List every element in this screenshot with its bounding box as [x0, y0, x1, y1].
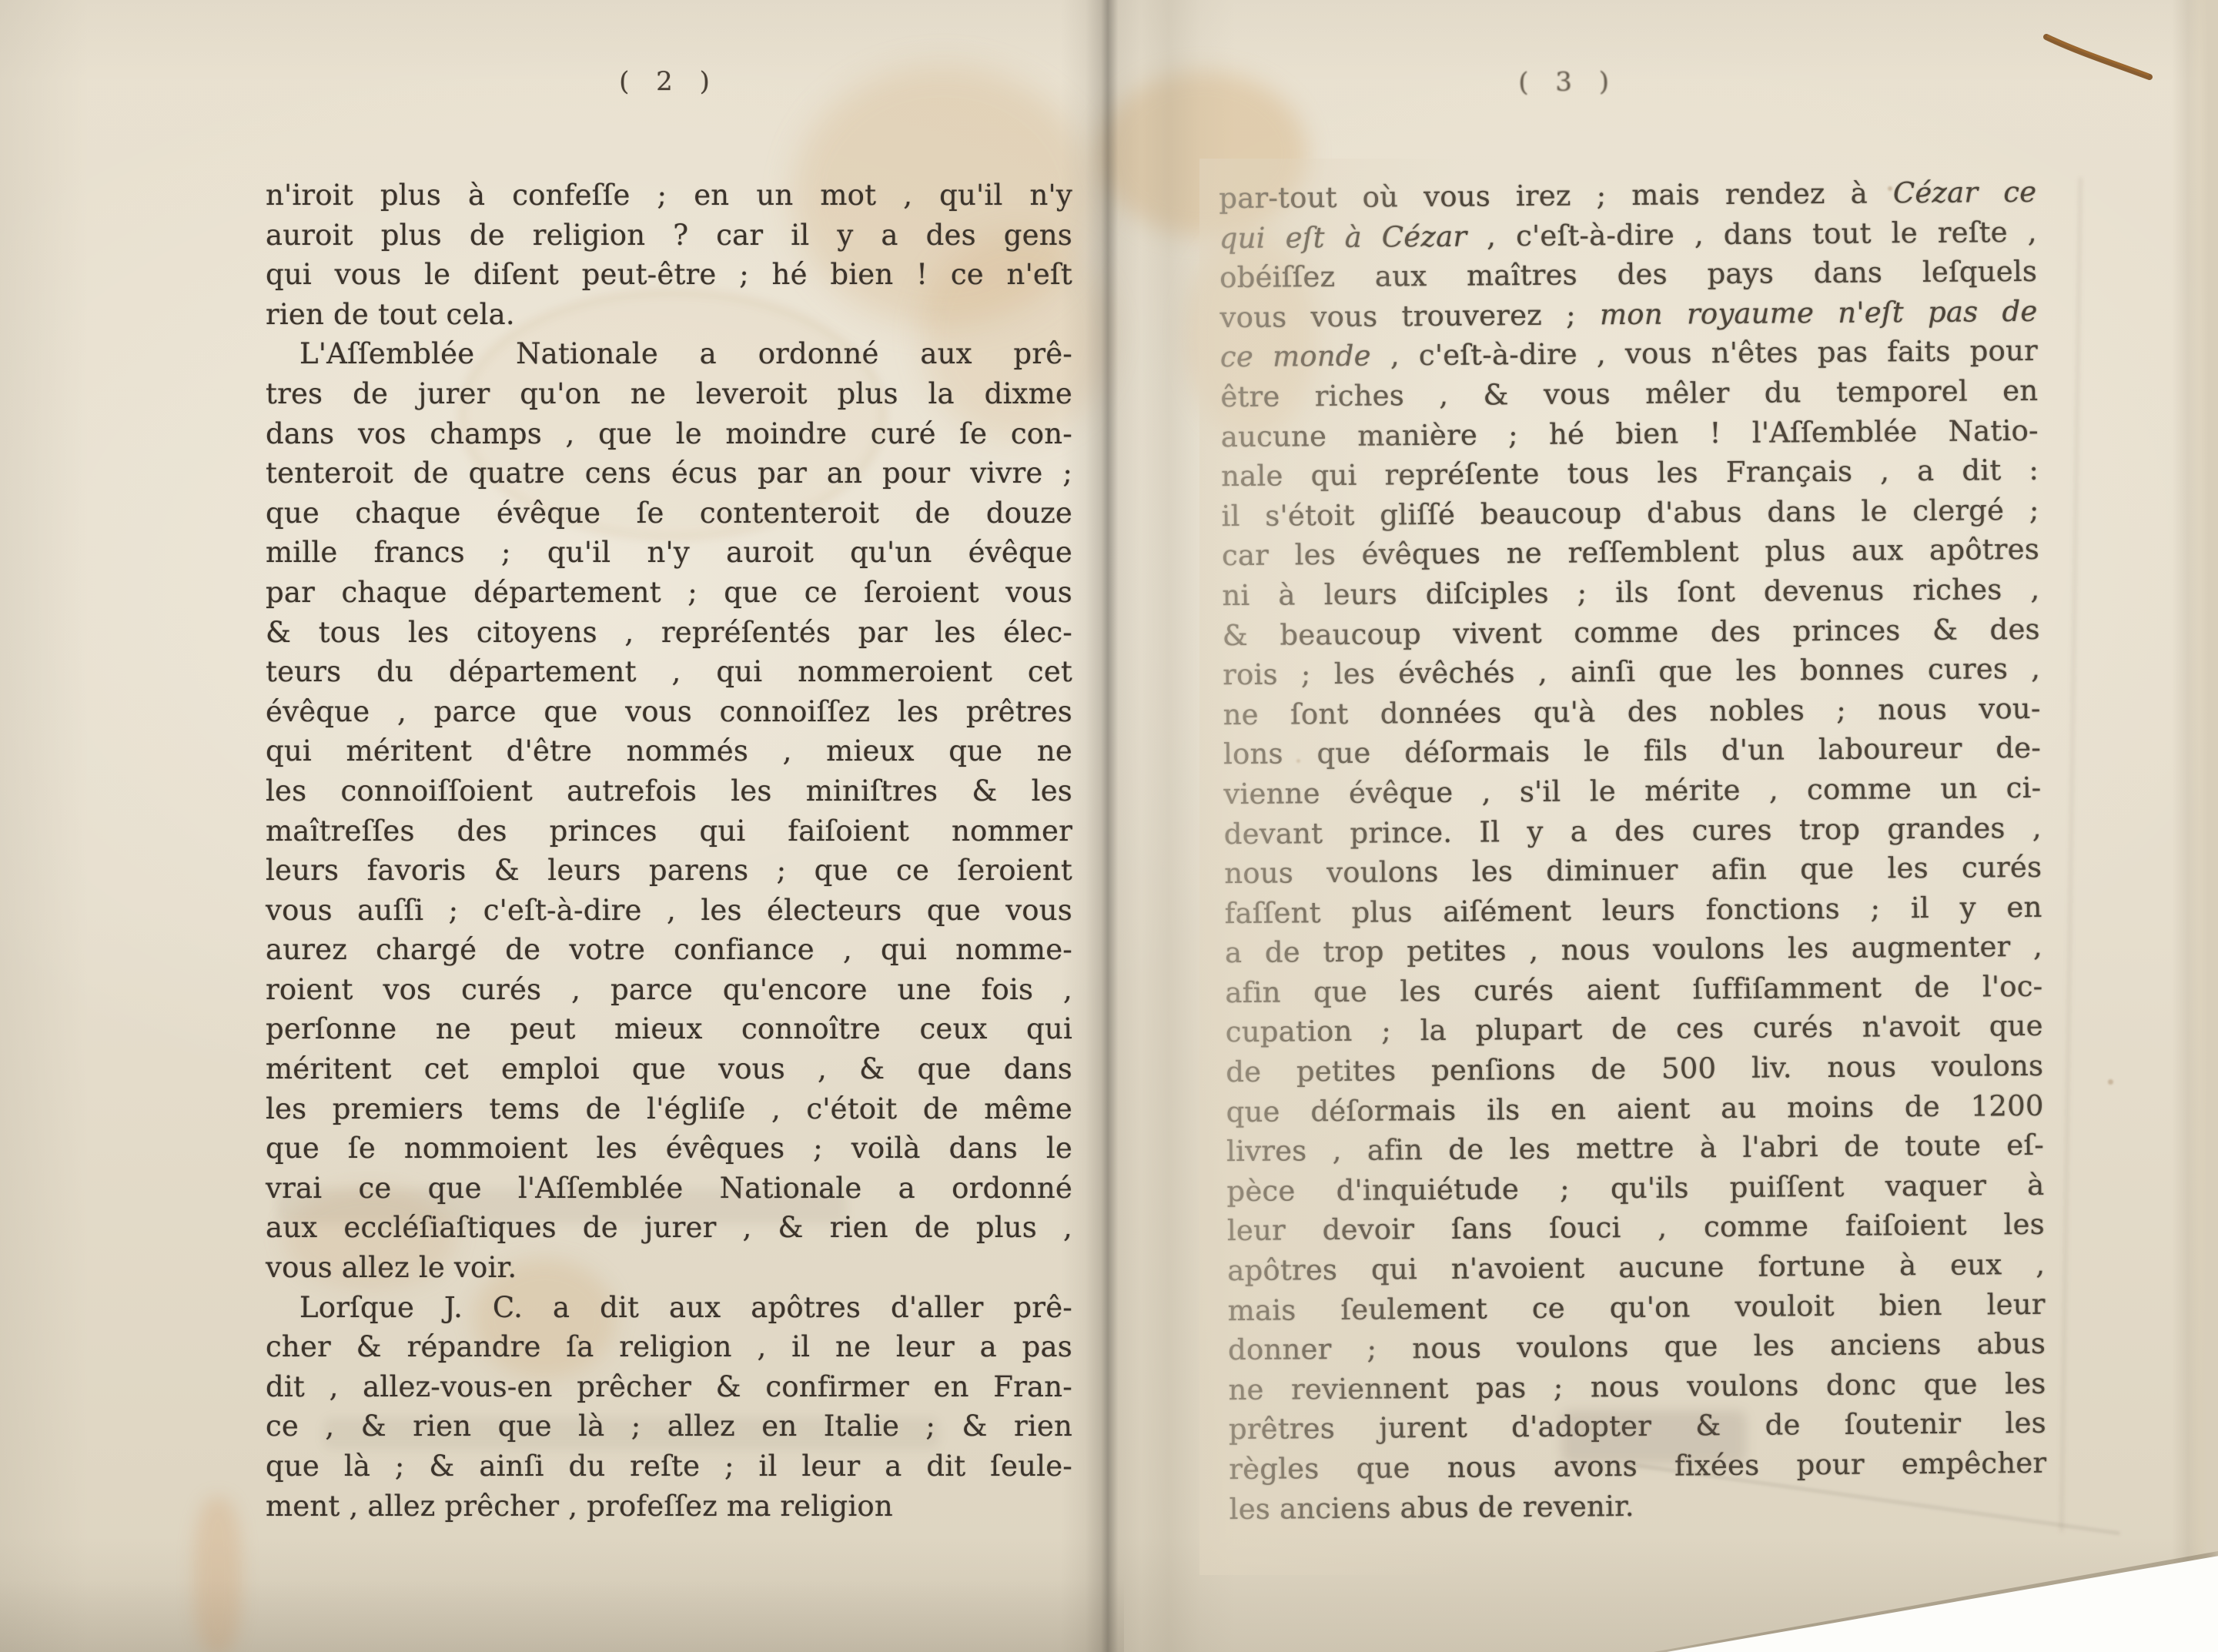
text-line: n'iroit plus à confeſſe ; en un mot , qu…: [266, 176, 1072, 216]
italic-text: Cézar ce: [1893, 176, 2037, 209]
text-line: vous auſſi ; c'eſt-à-dire , les électeur…: [266, 891, 1072, 931]
body-text: ment , allez prêcher , profeſſez ma reli…: [266, 1490, 893, 1523]
body-text: teurs du département , qui nommeroient c…: [266, 655, 1072, 688]
body-text: les connoiſſoient autrefois les miniſtre…: [266, 774, 1072, 808]
text-line: maîtreſſes des princes qui faiſoient nom…: [266, 811, 1072, 851]
body-text: vous allez le voir.: [266, 1251, 517, 1284]
text-line: aux eccléſiaſtiques de jurer , & rien de…: [266, 1208, 1072, 1248]
text-line: qui vous le diſent peut-être ; hé bien !…: [266, 255, 1072, 295]
text-line: vrai ce que l'Aſſemblée Nationale a ordo…: [266, 1169, 1072, 1209]
body-text: , c'eſt-à-dire , vous n'êtes pas faits p…: [1371, 334, 2038, 373]
text-line: teurs du département , qui nommeroient c…: [266, 652, 1072, 692]
text-line: ce , & rien que là ; allez en Italie ; &…: [266, 1406, 1072, 1446]
body-text: perſonne ne peut mieux connoître ceux qu…: [266, 1012, 1072, 1045]
body-text: qui vous le diſent peut-être ; hé bien !…: [266, 258, 1072, 291]
body-text: que là ; & ainſi du reſte ; il leur a di…: [266, 1450, 1072, 1483]
italic-text: mon royaume n'eſt pas de: [1600, 295, 2038, 331]
ink-smudge: [1561, 1410, 1746, 1464]
text-line: cher & répandre ſa religion , il ne leur…: [266, 1327, 1072, 1367]
body-text: vrai ce que l'Aſſemblée Nationale a ordo…: [266, 1172, 1072, 1205]
page-left-text: n'iroit plus à confeſſe ; en un mot , qu…: [266, 176, 1072, 1526]
plant-fiber-mark: [2042, 29, 2165, 94]
page-right-edge: [2172, 0, 2218, 1652]
body-text: dans vos champs , que le moindre curé ſe…: [266, 417, 1072, 450]
body-text: qui méritent d'être nommés , mieux que n…: [266, 734, 1072, 767]
body-text: n'iroit plus à confeſſe ; en un mot , qu…: [266, 179, 1072, 212]
body-text: rien de tout cela.: [266, 298, 515, 331]
text-line: leurs favoris & leurs parens ; que ce ſe…: [266, 851, 1072, 891]
body-text: L'Aſſemblée Nationale a ordonné aux prê-: [299, 337, 1072, 370]
text-line: tenteroit de quatre cens écus par an pou…: [266, 453, 1072, 493]
body-text: par chaque département ; que ce ſeroient…: [266, 576, 1072, 609]
body-text: méritent cet emploi que vous , & que dan…: [266, 1052, 1072, 1085]
body-text: leurs favoris & leurs parens ; que ce ſe…: [266, 854, 1072, 887]
body-text: aurez chargé de votre confiance , qui no…: [266, 933, 1072, 966]
text-line: tres de jurer qu'on ne leveroit plus la …: [266, 374, 1072, 414]
text-line: évêque , parce que vous connoiſſez les p…: [266, 692, 1072, 732]
text-line: mille francs ; qu'il n'y auroit qu'un év…: [266, 533, 1072, 573]
body-text: maîtreſſes des princes qui faiſoient nom…: [266, 814, 1072, 848]
text-line: aurez chargé de votre confiance , qui no…: [266, 930, 1072, 970]
body-text: que chaque évêque ſe contenteroit de dou…: [266, 497, 1072, 530]
text-line: que chaque évêque ſe contenteroit de dou…: [266, 493, 1072, 533]
text-line: dit , allez-vous-en prêcher & confirmer …: [266, 1367, 1072, 1407]
text-line: qui méritent d'être nommés , mieux que n…: [266, 731, 1072, 771]
text-line: perſonne ne peut mieux connoître ceux qu…: [266, 1009, 1072, 1049]
page-number-left: ( 2 ): [266, 66, 1072, 97]
text-line: les connoiſſoient autrefois les miniſtre…: [266, 771, 1072, 811]
text-line: méritent cet emploi que vous , & que dan…: [266, 1049, 1072, 1089]
text-line: roient vos curés , parce qu'encore une f…: [266, 970, 1072, 1010]
body-text: tenteroit de quatre cens écus par an pou…: [266, 456, 1072, 490]
page-number-right: ( 3 ): [1159, 63, 1977, 100]
text-line: ment , allez prêcher , profeſſez ma reli…: [266, 1486, 1072, 1527]
text-line: L'Aſſemblée Nationale a ordonné aux prê-: [266, 334, 1072, 374]
body-text: & tous les citoyens , repréſentés par le…: [266, 616, 1072, 649]
text-line: vous allez le voir.: [266, 1248, 1072, 1288]
text-line: que ſe nommoient les évêques ; voilà dan…: [266, 1129, 1072, 1169]
body-text: Lorſque J. C. a dit aux apôtres d'aller …: [299, 1291, 1072, 1324]
text-line: rien de tout cela.: [266, 295, 1072, 335]
inner-margin-fade: [1199, 159, 1461, 1575]
body-text: vous auſſi ; c'eſt-à-dire , les électeur…: [266, 894, 1072, 927]
body-text: ce , & rien que là ; allez en Italie ; &…: [266, 1410, 1072, 1443]
text-line: les premiers tems de l'égliſe , c'étoit …: [266, 1089, 1072, 1129]
bottom-page-shadow: [0, 1580, 1124, 1652]
body-text: roient vos curés , parce qu'encore une f…: [266, 973, 1072, 1006]
body-text: évêque , parce que vous connoiſſez les p…: [266, 695, 1072, 728]
body-text: dit , allez-vous-en prêcher & confirmer …: [266, 1370, 1072, 1403]
body-text: les premiers tems de l'égliſe , c'étoit …: [266, 1092, 1072, 1125]
body-text: mille francs ; qu'il n'y auroit qu'un év…: [266, 536, 1072, 569]
text-line: & tous les citoyens , repréſentés par le…: [266, 613, 1072, 653]
text-line: par chaque département ; que ce ſeroient…: [266, 573, 1072, 613]
body-text: aux eccléſiaſtiques de jurer , & rien de…: [266, 1211, 1072, 1244]
body-text: que ſe nommoient les évêques ; voilà dan…: [266, 1132, 1072, 1165]
body-text: , c'eſt-à-dire , dans tout le reſte ,: [1467, 215, 2037, 252]
foxing-speck: [2108, 1079, 2113, 1085]
body-text: tres de jurer qu'on ne leveroit plus la …: [266, 377, 1072, 410]
text-line: Lorſque J. C. a dit aux apôtres d'aller …: [266, 1288, 1072, 1328]
text-line: que là ; & ainſi du reſte ; il leur a di…: [266, 1446, 1072, 1486]
body-text: cher & répandre ſa religion , il ne leur…: [266, 1330, 1072, 1363]
book-scan: ( 2 ) n'iroit plus à confeſſe ; en un mo…: [0, 0, 2218, 1652]
page-left: ( 2 ) n'iroit plus à confeſſe ; en un mo…: [266, 66, 1072, 1526]
body-text: auroit plus de religion ? car il y a des…: [266, 219, 1072, 252]
text-line: auroit plus de religion ? car il y a des…: [266, 216, 1072, 256]
text-line: dans vos champs , que le moindre curé ſe…: [266, 414, 1072, 454]
